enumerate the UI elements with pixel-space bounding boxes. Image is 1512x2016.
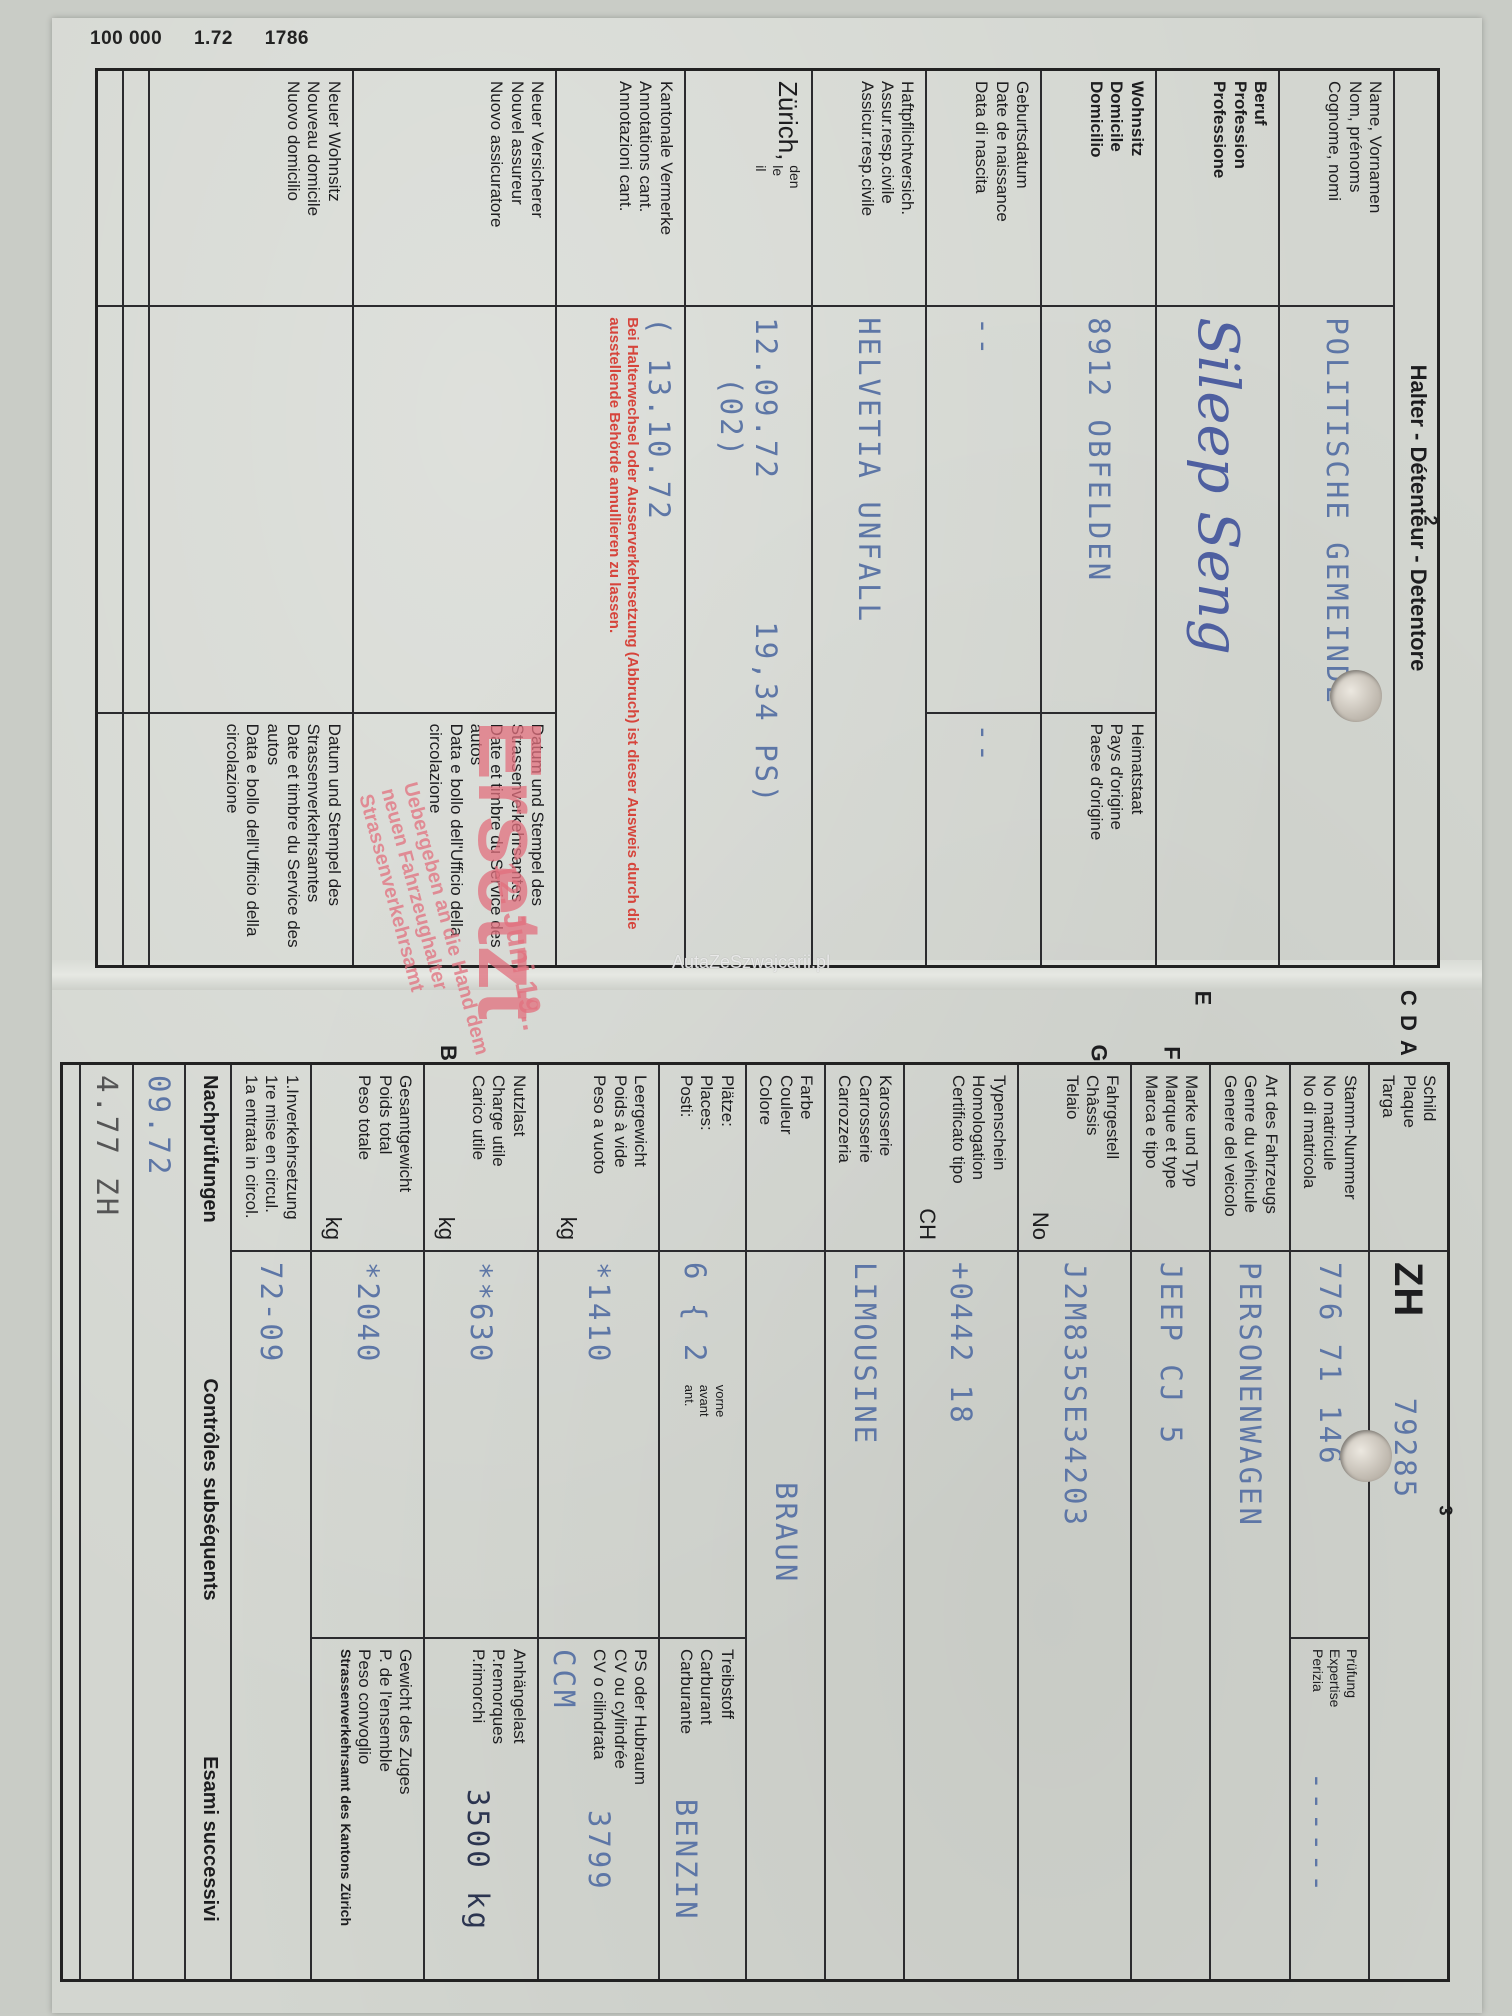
inspection-entry: 4.77 ZH <box>80 1064 133 1981</box>
seats-value: 6 { 2 vorneavantant. <box>659 1251 746 1638</box>
new-domicile-label: Neuer WohnsitzNouveau domicileNuovo domi… <box>149 70 352 307</box>
name-value: POLITISCHE GEMEINDE <box>1279 306 1394 966</box>
insurance-label: Haftpflichtversich.Assur.resp.civileAssi… <box>812 70 927 307</box>
seats-label: Plätze:Places:Posti: <box>659 1064 746 1252</box>
holder-section: Halter - Détenteur - Detentore Name, Vor… <box>95 68 1440 968</box>
plate-number: 79285 <box>1388 1398 1422 1500</box>
origin-value: -- <box>926 713 1041 967</box>
insurance-value: HELVETIA UNFALL <box>812 306 927 966</box>
type-value: PERSONENWAGEN <box>1210 1251 1289 1981</box>
trailer-value: 3500 kg <box>461 1789 495 1932</box>
print-edition: 1.72 <box>194 28 233 49</box>
issue-date: 12.09.72 <box>749 317 783 481</box>
body-value: LIMOUSINE <box>825 1251 904 1981</box>
color-value: BRAUN <box>746 1251 825 1981</box>
color-label: FarbeCouleurColore <box>746 1064 825 1252</box>
plate-label: SchildPlaqueTarga <box>1369 1064 1449 1252</box>
first-registration-value: 72-09 <box>231 1251 310 1981</box>
inspections-header: Nachprüfungen Contrôles subséquents Esam… <box>185 1064 231 1981</box>
homologation-value: +0442 18 <box>904 1251 1018 1981</box>
fuel-value: BENZIN <box>669 1799 703 1922</box>
power-code: (02) <box>714 377 748 459</box>
cantonal-label: Kantonale VermerkeAnnotations cant.Annot… <box>556 70 685 307</box>
payload-label: NutzlastCharge utileCarico utile kg <box>424 1064 538 1252</box>
chassis-label: FahrgestellChâssisTelaio No <box>1018 1064 1132 1252</box>
punch-hole <box>1330 670 1382 722</box>
section-letter-a: A <box>1395 1040 1421 1056</box>
blank-row <box>97 70 124 307</box>
place-date-label: Zürich, denleil <box>685 70 812 307</box>
origin-label: HeimatstaatPays d'originePaese d'origine <box>1041 713 1156 967</box>
plate-canton: ZH <box>1386 1262 1430 1317</box>
gross-weight-value: *2040 <box>311 1251 425 1638</box>
warning-note: Bei Halterwechsel oder Ausserverkehrsetz… <box>605 317 641 955</box>
vehicle-section: SchildPlaqueTarga ZH 79285 Stamm-NummerN… <box>390 1062 1450 1982</box>
punch-hole <box>1340 1430 1392 1482</box>
body-label: KarosserieCarrosserieCarrozzeria <box>825 1064 904 1252</box>
matricule-label: Stamm-NummerNo matriculeNo di matricola <box>1290 1064 1369 1252</box>
empty-weight-label: LeergewichtPoids à videPeso a vuoto kg <box>538 1064 659 1252</box>
new-domicile-value <box>149 306 352 712</box>
domicile-label: WohnsitzDomicileDomicilio <box>1041 70 1156 307</box>
section-letter-e: E <box>1189 991 1215 1006</box>
plate-value: ZH 79285 <box>1369 1251 1449 1981</box>
page-number-2: 2 <box>1420 515 1441 525</box>
make-label: Marke und TypMarque et typeMarca e tipo <box>1131 1064 1210 1252</box>
first-registration-label: 1.Inverkehrsetzung1re mise en circul.1a … <box>231 1064 310 1252</box>
fuel-cell: TreibstoffCarburantCarburante BENZIN <box>659 1638 746 1981</box>
section-letter-d: D <box>1395 1015 1421 1031</box>
issue-date-row: 12.09.72 19,34 PS) (02) <box>685 306 812 966</box>
chassis-value: J2M835SE34203 <box>1018 1251 1132 1981</box>
section-letter-f: F <box>1159 1046 1185 1059</box>
form-number: 1786 <box>265 28 309 49</box>
blank-row <box>123 70 149 307</box>
domicile-value: 8912 OBFELDEN <box>1041 306 1156 712</box>
name-label: Name, VornamenNom, prénomsCognome, nomi <box>1279 70 1394 307</box>
inspection-value: ------ <box>1301 1772 1335 1895</box>
payload-value: **630 <box>424 1251 538 1638</box>
print-run: 100 000 <box>90 28 162 49</box>
homologation-label: TypenscheinHomologationCertificato tipo … <box>904 1064 1018 1252</box>
empty-weight-value: *1410 <box>538 1251 659 1638</box>
signature: Sileep Seng <box>1156 306 1279 966</box>
birth-value: -- <box>926 306 1041 712</box>
combo-cell: Gewicht des ZugesP. de l'ensemblePeso co… <box>311 1638 425 1981</box>
combo-stamp: Strassenverkehrsamt des Kantons Zürich <box>337 1649 354 1969</box>
power: 19,34 PS) <box>749 621 783 805</box>
stamp-label-2: Datum und Stempel des Strassenverkehrsam… <box>149 713 352 967</box>
gross-weight-label: GesamtgewichtPoids totalPeso totale kg <box>311 1064 425 1252</box>
inspection-cell: PrüfungExpertisePerizia ------ <box>1290 1638 1369 1981</box>
make-value: JEEP CJ 5 <box>1131 1251 1210 1981</box>
section-letter-g: G <box>1086 1044 1112 1061</box>
cantonal-cell: ( 13.10.72 Bei Halterwechsel oder Ausser… <box>556 306 685 966</box>
inspection-entry: 09.72 <box>133 1064 186 1981</box>
cantonal-value: ( 13.10.72 <box>641 317 676 955</box>
type-label: Art des FahrzeugsGenre du véhiculeGenere… <box>1210 1064 1289 1252</box>
profession-label: BerufProfessionProfessione <box>1156 70 1279 307</box>
trailer-cell: AnhängelastP.remorquesP.rimorchi 3500 kg <box>424 1638 538 1981</box>
blank-row <box>61 1064 80 1981</box>
displacement-cell: PS oder HubraumCV ou cylindréeCV o cilin… <box>538 1638 659 1981</box>
section-letter-c: C <box>1395 990 1421 1006</box>
page-number-3: 3 <box>1435 1505 1456 1515</box>
birth-label: GeburtsdatumDate de naissanceData di nas… <box>926 70 1041 307</box>
new-insurer-label: Neuer VersichererNouvel assureurNuovo as… <box>353 70 556 307</box>
new-insurer-value <box>353 306 556 712</box>
watermark: AutaZeSzwajcarii.pl <box>672 952 830 973</box>
print-info: 100 000 1.72 1786 <box>90 28 335 50</box>
